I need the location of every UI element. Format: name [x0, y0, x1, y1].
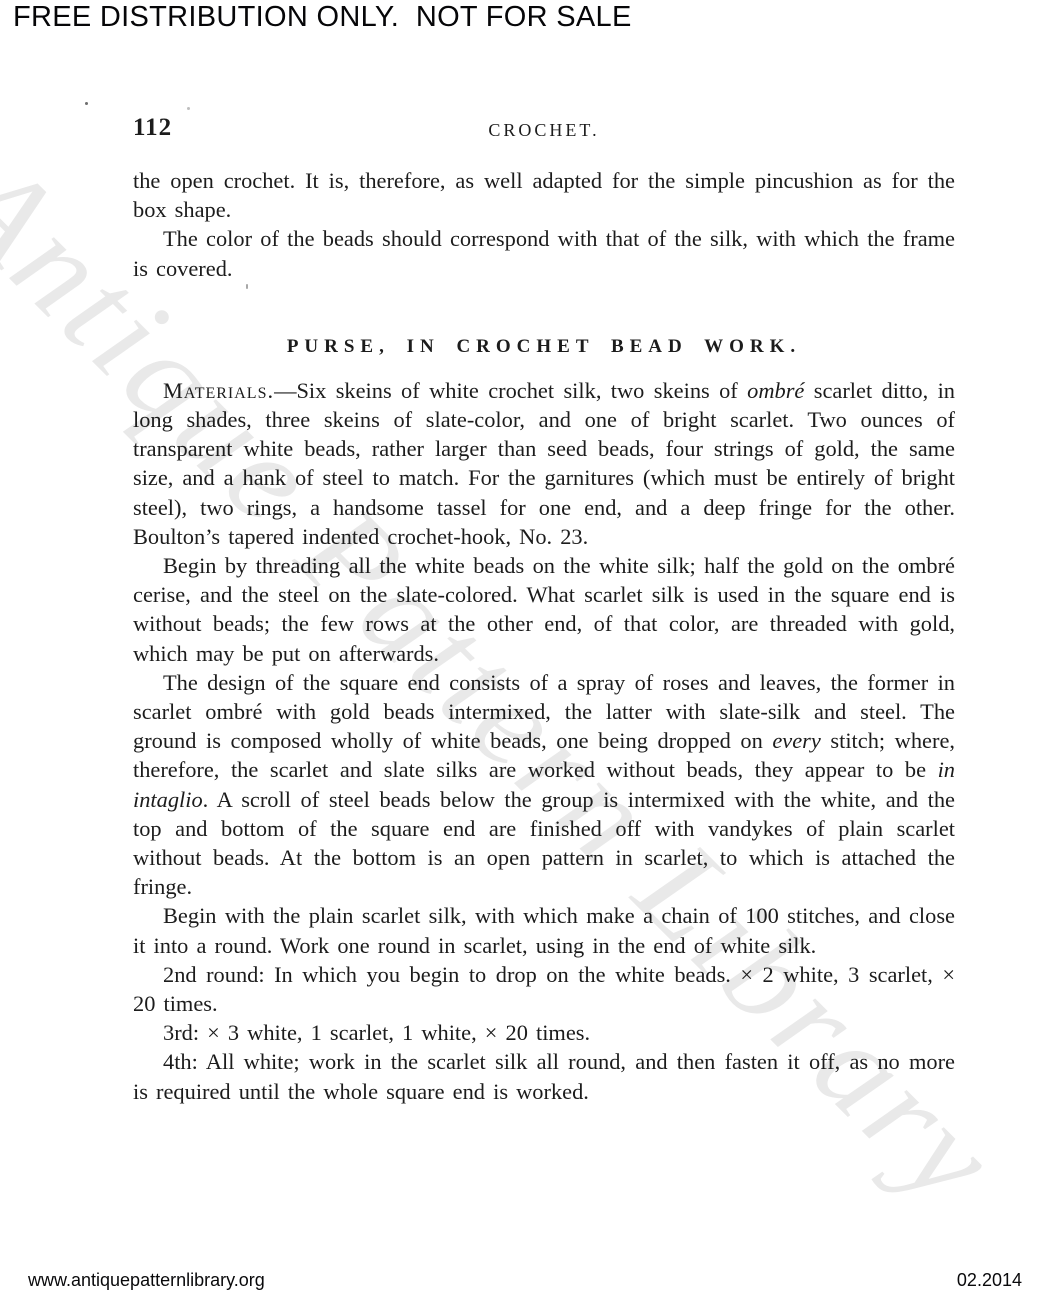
scanned-book-page: FREE DISTRIBUTION ONLY. NOT FOR SALE Ant… — [0, 0, 1047, 1301]
running-title: CROCHET. — [133, 112, 955, 141]
paragraph: 2nd round: In which you begin to drop on… — [133, 960, 955, 1018]
footer-site-url: www.antiquepatternlibrary.org — [28, 1270, 265, 1291]
page-content: 112 CROCHET. the open crochet. It is, th… — [133, 112, 955, 1106]
scan-speck — [246, 284, 248, 289]
paragraph: The color of the beads should correspond… — [133, 224, 955, 282]
paragraph: the open crochet. It is, therefore, as w… — [133, 166, 955, 224]
page-header: 112 CROCHET. — [133, 112, 955, 148]
scan-speck — [85, 102, 88, 105]
paragraph: Begin by threading all the white beads o… — [133, 551, 955, 668]
scan-speck — [187, 107, 190, 110]
page-number: 112 — [133, 114, 172, 142]
paragraph: Begin with the plain scarlet silk, with … — [133, 901, 955, 959]
paragraph: Materials.—Six skeins of white crochet s… — [133, 376, 955, 551]
paragraph: 4th: All white; work in the scarlet silk… — [133, 1047, 955, 1105]
footer-date: 02.2014 — [957, 1270, 1022, 1291]
distribution-banner: FREE DISTRIBUTION ONLY. NOT FOR SALE — [13, 1, 632, 34]
section-heading: PURSE, IN CROCHET BEAD WORK. — [133, 336, 955, 358]
paragraph: 3rd: × 3 white, 1 scarlet, 1 white, × 20… — [133, 1018, 955, 1047]
paragraph: The design of the square end consists of… — [133, 668, 955, 902]
